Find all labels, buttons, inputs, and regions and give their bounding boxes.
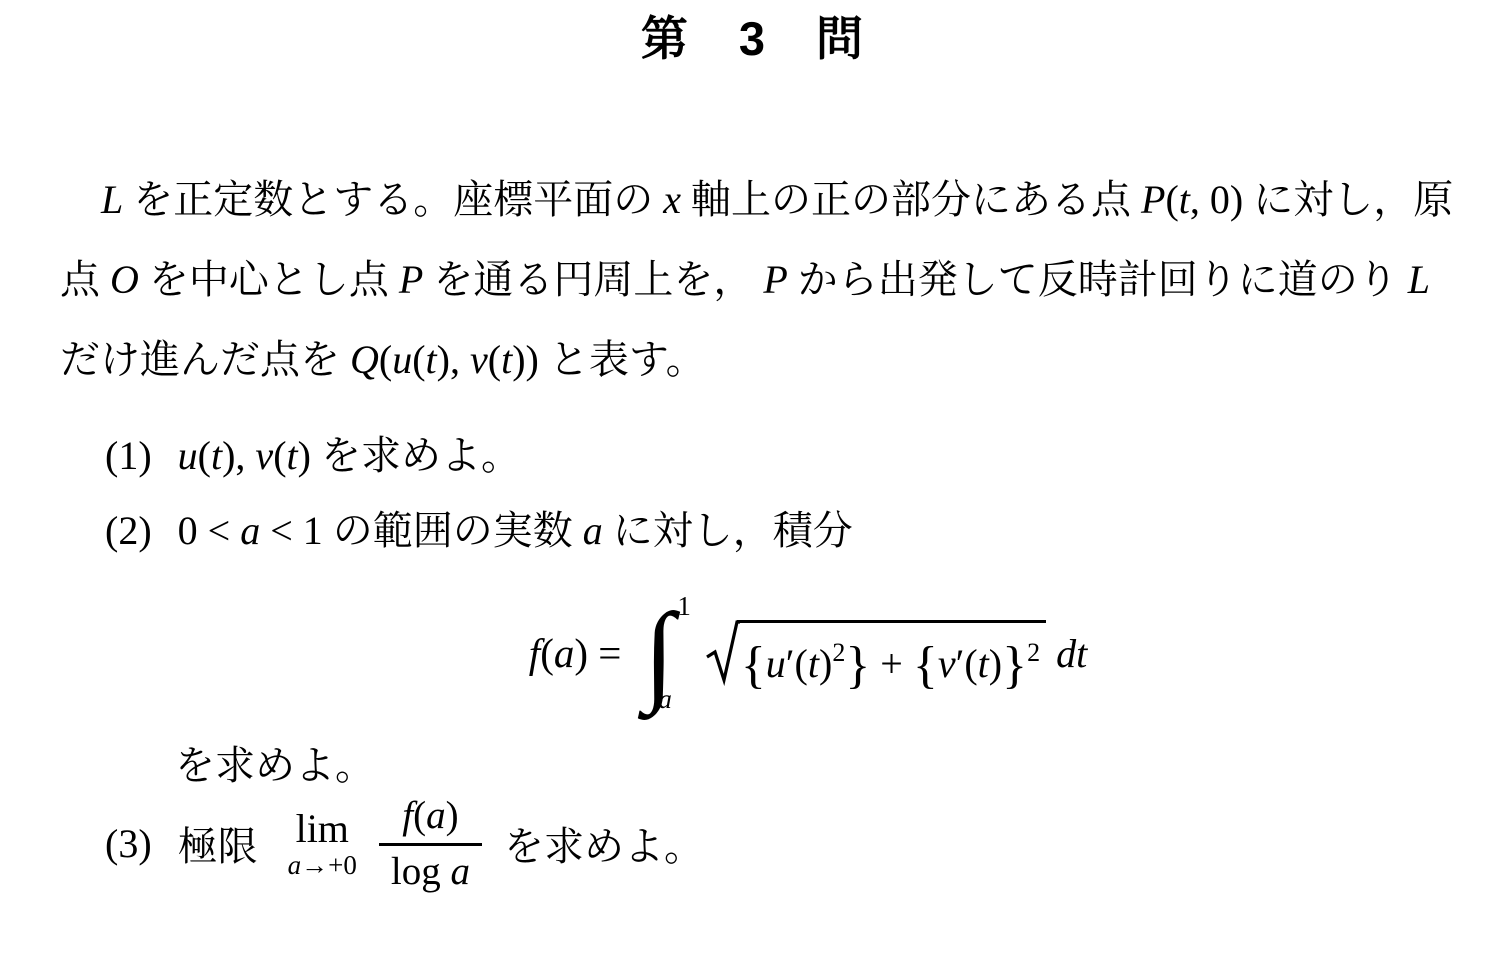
fraction-denominator: log a [379, 843, 482, 895]
text-run-jp: 極限 [178, 824, 258, 869]
text-run-it: a [450, 850, 470, 893]
text-run-jp: だけ進んだ点を [60, 337, 350, 382]
text-run-br: } [845, 637, 870, 694]
text-run-it: a [583, 508, 603, 553]
text-run-up: ′( [956, 641, 978, 686]
question-3-label: (3) [105, 820, 152, 867]
question-1-text: u(t), v(t) を求めよ。 [178, 433, 521, 478]
text-run-br: { [913, 637, 938, 694]
text-run-it: O [110, 257, 139, 302]
text-run-it: u [766, 641, 786, 686]
question-3-post-text: を求めよ。 [504, 815, 704, 872]
text-run-it: t [501, 337, 512, 382]
text-run-up: ( [379, 337, 392, 382]
text-run-up: , 0) [1190, 177, 1243, 222]
text-run-it: u [392, 337, 412, 382]
text-run-it: a [288, 850, 302, 880]
text-run-jp: を求めよ。 [504, 824, 704, 869]
text-run-it: t [211, 433, 222, 478]
text-run-it: v [255, 433, 273, 478]
fraction-numerator: f(a) [390, 792, 470, 843]
text-run-up: ) [298, 433, 311, 478]
text-run-it: dt [1056, 631, 1087, 676]
text-run-up: ), [222, 433, 255, 478]
text-run-up: ( [1165, 177, 1178, 222]
text-run-it: v [938, 641, 956, 686]
integral-upper-limit: 1 [677, 593, 691, 620]
text-run-up: ( [412, 337, 425, 382]
text-run-up: ( [488, 337, 501, 382]
integral: ∫ 1 a [644, 593, 688, 713]
question-2-text: 0 < a < 1 の範囲の実数 a に対し，積分 [178, 508, 853, 553]
text-run-br: { [741, 637, 766, 694]
text-run-up: ) [446, 794, 459, 837]
text-run-it: v [470, 337, 488, 382]
question-2: (2)0 < a < 1 の範囲の実数 a に対し，積分 [105, 507, 853, 555]
text-run-jp: を求めよ。 [311, 433, 521, 478]
text-run-it: t [426, 337, 437, 382]
text-run-sup: 2 [832, 638, 845, 667]
integral-limits: 1 a [674, 593, 688, 713]
text-run-it: u [178, 433, 198, 478]
text-run-jp: を通る円周上を， [423, 257, 763, 302]
text-run-it: L [101, 177, 123, 222]
text-run-it: f [402, 794, 413, 837]
text-run-it: t [808, 641, 819, 686]
text-run-up: →+0 [301, 850, 357, 880]
text-run-jp: と表す。 [539, 337, 706, 382]
text-run-it: P [763, 257, 787, 302]
text-run-it: a [240, 508, 260, 553]
question-3: (3) 極限 lim a→+0 f(a) log a を求めよ。 [105, 788, 704, 898]
question-2-continuation: を求めよ。 [175, 742, 375, 790]
text-run-br: } [1002, 637, 1027, 694]
text-run-it: a [554, 630, 575, 676]
question-1-label: (1) [105, 433, 152, 478]
text-run-it: P [1141, 177, 1165, 222]
radicand: {u′(t)2} + {v′(t)}2 [737, 620, 1046, 682]
question-1: (1)u(t), v(t) を求めよ。 [105, 432, 521, 480]
text-run-it: t [287, 433, 298, 478]
intro-line-2: 点 O を中心とし点 P を通る円周上を， P から出発して反時計回りに道のり … [60, 240, 1460, 320]
text-run-it: L [1408, 257, 1430, 302]
differential: dt [1056, 630, 1087, 677]
text-run-up: ) [989, 641, 1002, 686]
text-run-up: 0 < [178, 508, 241, 553]
text-run-up: ) [819, 641, 832, 686]
text-run-sup: 2 [1027, 638, 1040, 667]
radical-sign-icon [706, 620, 740, 686]
problem-title: 第 3 問 [0, 8, 1506, 70]
exam-document-page: 第 3 問 L を正定数とする。座標平面の x 軸上の正の部分にある点 P(t,… [0, 0, 1506, 966]
text-run-jp: から出発して反時計回りに道のり [788, 257, 1408, 302]
intro-line-3: だけ進んだ点を Q(u(t), v(t)) と表す。 [60, 320, 1460, 400]
text-run-it: f [529, 630, 540, 676]
text-run-up: ( [273, 433, 286, 478]
text-run-jp: を中心とし点 [139, 257, 399, 302]
text-run-it: t [1179, 177, 1190, 222]
text-run-jp: の範囲の実数 [323, 508, 583, 553]
question-3-pre-text: 極限 [178, 815, 258, 872]
text-run-up: ) = [574, 630, 631, 676]
text-run-up: ), [437, 337, 470, 382]
text-run-it: t [978, 641, 989, 686]
text-run-up: ( [540, 630, 554, 676]
text-run-jp: に対し，原 [1243, 177, 1453, 222]
square-root: {u′(t)2} + {v′(t)}2 [706, 620, 1046, 686]
text-run-up: ( [413, 794, 426, 837]
limit-subscript: a→+0 [288, 851, 357, 879]
equation-lhs: f(a) = [529, 629, 632, 677]
display-equation: f(a) = ∫ 1 a {u′(t)2} + {v′(t)}2 dt [110, 586, 1506, 720]
text-run-jp: を正定数とする。座標平面の [123, 177, 663, 222]
text-run-up: < 1 [260, 508, 323, 553]
text-run-up: + [870, 641, 913, 686]
text-run-it: a [426, 794, 446, 837]
text-run-jp: 点 [60, 257, 110, 302]
limit-word: lim [296, 807, 349, 851]
text-run-it: x [663, 177, 681, 222]
text-run-it: P [399, 257, 423, 302]
text-run-up: ′( [786, 641, 808, 686]
text-run-up: ( [198, 433, 211, 478]
intro-line-1: L を正定数とする。座標平面の x 軸上の正の部分にある点 P(t, 0) に対… [60, 160, 1460, 240]
integral-lower-limit: a [658, 686, 672, 713]
intro-paragraph: L を正定数とする。座標平面の x 軸上の正の部分にある点 P(t, 0) に対… [60, 160, 1460, 400]
text-run-up: )) [512, 337, 539, 382]
text-run-it: Q [350, 337, 379, 382]
fraction: f(a) log a [379, 792, 482, 895]
text-run-jp: に対し，積分 [603, 508, 853, 553]
text-run-up: log [391, 850, 451, 893]
question-2-label: (2) [105, 508, 152, 553]
text-run-jp: を求めよ。 [175, 743, 375, 788]
limit-expression: lim a→+0 [288, 807, 357, 879]
text-run-jp: 軸上の正の部分にある点 [681, 177, 1141, 222]
